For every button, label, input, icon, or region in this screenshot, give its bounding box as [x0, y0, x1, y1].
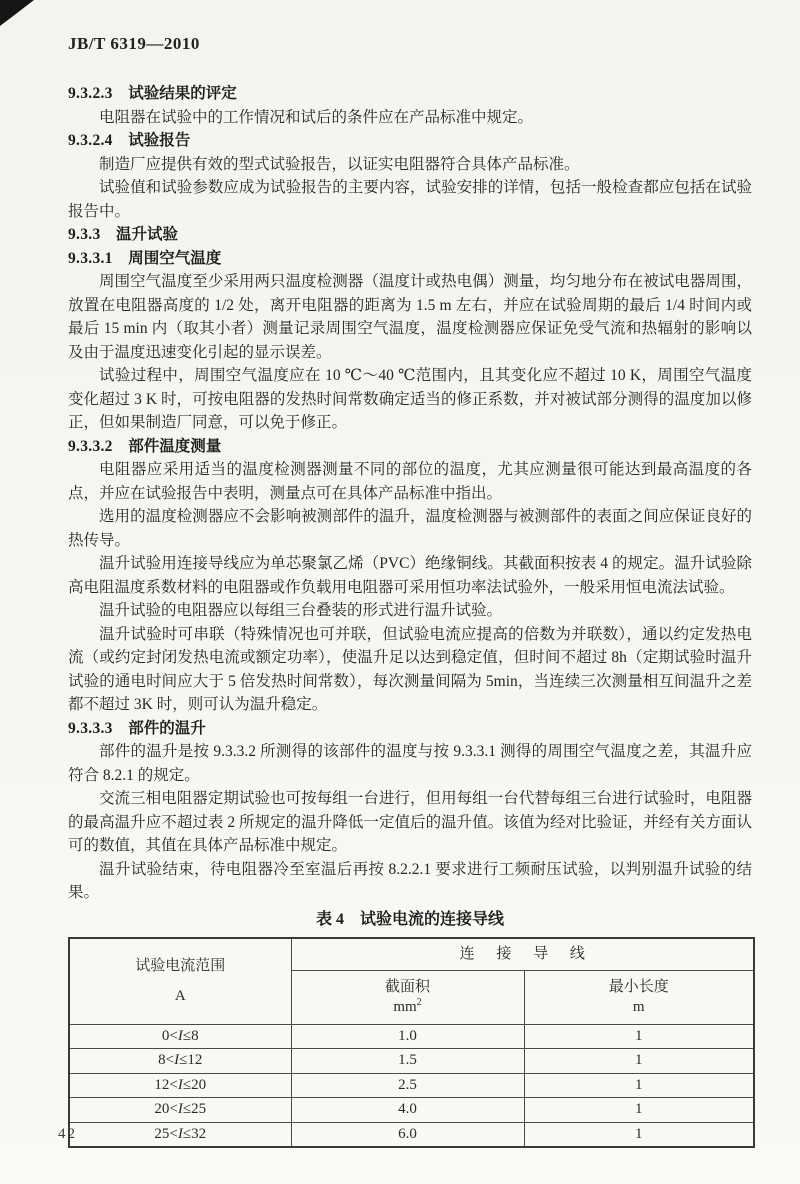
current-range-cell: 0<I≤8 [69, 1024, 291, 1049]
table-row: 0<I≤8 1.0 1 [69, 1024, 754, 1049]
scan-corner-artifact [0, 0, 34, 26]
table-header-cross-section: 截面积 mm2 [291, 970, 524, 1024]
section-heading: 9.3.3.2部件温度测量 [68, 435, 752, 459]
min-length-cell: 1 [524, 1098, 754, 1123]
paragraph: 试验值和试验参数应成为试验报告的主要内容，试验安排的详情，包括一般检查都应包括在… [68, 176, 752, 223]
section-number: 9.3.3.3 [68, 720, 113, 737]
paragraph: 温升试验用连接导线应为单芯聚氯乙烯（PVC）绝缘铜线。其截面积按表 4 的规定。… [68, 552, 752, 599]
cross-section-cell: 1.5 [291, 1049, 524, 1074]
paragraph: 试验过程中，周围空气温度应在 10 ℃～40 ℃范围内，且其变化应不超过 10 … [68, 364, 752, 435]
table-caption: 表 4试验电流的连接导线 [68, 908, 752, 932]
test-current-wire-table: 试验电流范围 A 连 接 导 线 截面积 mm2 最小长度 m 0<I≤8 1.… [68, 937, 755, 1148]
paragraph: 部件的温升是按 9.3.3.2 所测得的该部件的温度与按 9.3.3.1 测得的… [68, 740, 752, 787]
min-length-label: 最小长度 [609, 979, 669, 995]
current-range-cell: 12<I≤20 [69, 1073, 291, 1098]
section-heading: 9.3.3.1周围空气温度 [68, 247, 752, 271]
paragraph: 制造厂应提供有效的型式试验报告，以证实电阻器符合具体产品标准。 [68, 153, 752, 177]
paragraph: 温升试验时可串联（特殊情况也可并联，但试验电流应提高的倍数为并联数），通以约定发… [68, 623, 752, 717]
section-title: 部件的温升 [128, 720, 206, 737]
table-row: 12<I≤20 2.5 1 [69, 1073, 754, 1098]
section-number: 9.3.3.1 [68, 250, 113, 267]
cross-section-cell: 4.0 [291, 1098, 524, 1123]
table-header-connecting-wire: 连 接 导 线 [291, 938, 754, 970]
section-heading: 9.3.2.4试验报告 [68, 129, 752, 153]
section-title: 周围空气温度 [128, 250, 221, 267]
section-number: 9.3.2.3 [68, 85, 113, 102]
paragraph: 温升试验结束，待电阻器冷至室温后再按 8.2.2.1 要求进行工频耐压试验，以判… [68, 858, 752, 905]
table-caption-title: 试验电流的连接导线 [360, 911, 504, 928]
document-body: 9.3.2.3试验结果的评定 电阻器在试验中的工作情况和试后的条件应在产品标准中… [68, 82, 752, 1148]
paragraph: 电阻器应采用适当的温度检测器测量不同的部位的温度，尤其应测量很可能达到最高温度的… [68, 458, 752, 505]
table-caption-number: 表 4 [316, 911, 344, 928]
section-title: 试验结果的评定 [128, 85, 237, 102]
cross-section-cell: 6.0 [291, 1122, 524, 1147]
section-heading: 9.3.3.3部件的温升 [68, 717, 752, 741]
paragraph: 电阻器在试验中的工作情况和试后的条件应在产品标准中规定。 [68, 106, 752, 130]
section-number: 9.3.3.2 [68, 438, 113, 455]
section-number: 9.3.3 [68, 226, 101, 243]
paragraph: 选用的温度检测器应不会影响被测部件的温升，温度检测器与被测部件的表面之间应保证良… [68, 505, 752, 552]
min-length-unit: m [633, 999, 645, 1015]
current-range-cell: 8<I≤12 [69, 1049, 291, 1074]
section-heading: 9.3.3温升试验 [68, 223, 752, 247]
current-range-cell: 20<I≤25 [69, 1098, 291, 1123]
table-row: 8<I≤12 1.5 1 [69, 1049, 754, 1074]
section-title: 试验报告 [128, 132, 190, 149]
cross-section-label: 截面积 [385, 979, 430, 995]
current-range-label: 试验电流范围 [135, 958, 225, 974]
table-row: 25<I≤32 6.0 1 [69, 1122, 754, 1147]
cross-section-cell: 1.0 [291, 1024, 524, 1049]
cross-section-cell: 2.5 [291, 1073, 524, 1098]
page-number: 42 [58, 1126, 77, 1143]
min-length-cell: 1 [524, 1024, 754, 1049]
paragraph: 温升试验的电阻器应以每组三台叠装的形式进行温升试验。 [68, 599, 752, 623]
table-row: 20<I≤25 4.0 1 [69, 1098, 754, 1123]
standard-code-header: JB/T 6319—2010 [68, 34, 200, 54]
table-header-current-range: 试验电流范围 A [69, 938, 291, 1024]
paragraph: 周围空气温度至少采用两只温度检测器（温度计或热电偶）测量，均匀地分布在被试电器周… [68, 270, 752, 364]
section-number: 9.3.2.4 [68, 132, 113, 149]
table-header-min-length: 最小长度 m [524, 970, 754, 1024]
paragraph: 交流三相电阻器定期试验也可按每组一台进行，但用每组一台代替每组三台进行试验时，电… [68, 787, 752, 858]
current-range-unit: A [74, 985, 287, 1007]
section-heading: 9.3.2.3试验结果的评定 [68, 82, 752, 106]
min-length-cell: 1 [524, 1122, 754, 1147]
min-length-cell: 1 [524, 1073, 754, 1098]
current-range-cell: 25<I≤32 [69, 1122, 291, 1147]
min-length-cell: 1 [524, 1049, 754, 1074]
section-title: 部件温度测量 [128, 438, 221, 455]
cross-section-unit: mm2 [393, 999, 421, 1015]
table-header-row: 试验电流范围 A 连 接 导 线 [69, 938, 754, 970]
section-title: 温升试验 [116, 226, 178, 243]
